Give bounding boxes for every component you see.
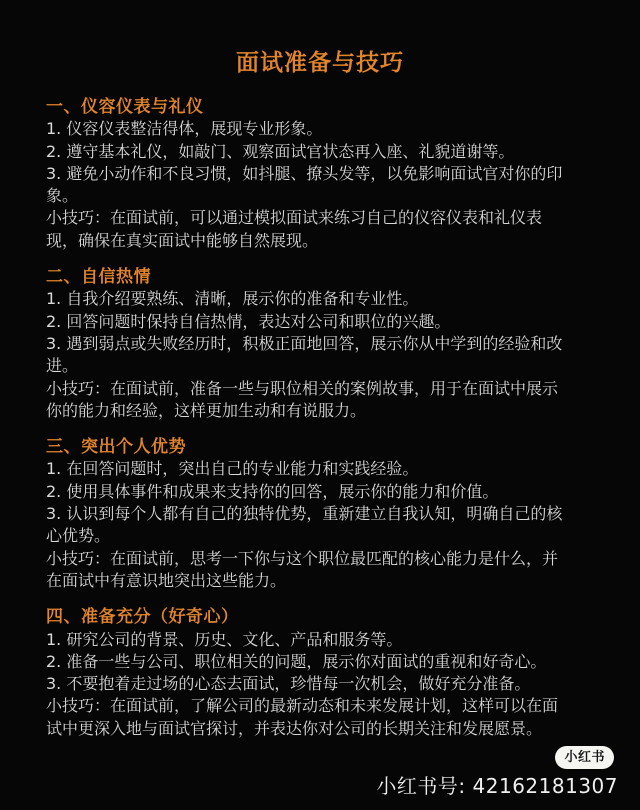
- section-tip: 小技巧：在面试前，思考一下你与这个职位最匹配的核心能力是什么，并在面试中有意识地…: [46, 548, 568, 593]
- section-item: 1. 研究公司的背景、历史、文化、产品和服务等。: [46, 629, 568, 651]
- xiaohongshu-logo-badge: 小红书: [555, 746, 614, 769]
- section-item: 2. 准备一些与公司、职位相关的问题，展示你对面试的重视和好奇心。: [46, 651, 568, 673]
- section-item: 3. 认识到每个人都有自己的独特优势，重新建立自我认知，明确自己的核心优势。: [46, 503, 568, 548]
- section-item: 1. 仪容仪表整洁得体，展现专业形象。: [46, 118, 568, 140]
- section-item: 2. 使用具体事件和成果来支持你的回答，展示你的能力和价值。: [46, 481, 568, 503]
- section-tip: 小技巧：在面试前，可以通过模拟面试来练习自己的仪容仪表和礼仪表现，确保在真实面试…: [46, 207, 568, 252]
- section-heading: 四、准备充分（好奇心）: [46, 606, 568, 628]
- section-item: 2. 回答问题时保持自信热情，表达对公司和职位的兴趣。: [46, 311, 568, 333]
- section-item: 1. 在回答问题时，突出自己的专业能力和实践经验。: [46, 458, 568, 480]
- page-title: 面试准备与技巧: [0, 44, 640, 77]
- section-item: 3. 避免小动作和不良习惯，如抖腿、撩头发等，以免影响面试官对你的印象。: [46, 163, 568, 208]
- xiaohongshu-account-id: 小红书号: 42162181307: [376, 770, 618, 799]
- section-confidence-enthusiasm: 二、自信热情 1. 自我介绍要熟练、清晰，展示你的准备和专业性。 2. 回答问题…: [46, 266, 568, 422]
- section-tip: 小技巧：在面试前，了解公司的最新动态和未来发展计划，这样可以在面试中更深入地与面…: [46, 695, 568, 740]
- section-heading: 二、自信热情: [46, 266, 568, 288]
- section-full-preparation: 四、准备充分（好奇心） 1. 研究公司的背景、历史、文化、产品和服务等。 2. …: [46, 606, 568, 740]
- section-grooming-etiquette: 一、仪容仪表与礼仪 1. 仪容仪表整洁得体，展现专业形象。 2. 遵守基本礼仪，…: [46, 96, 568, 252]
- section-heading: 一、仪容仪表与礼仪: [46, 96, 568, 118]
- section-heading: 三、突出个人优势: [46, 436, 568, 458]
- section-tip: 小技巧：在面试前，准备一些与职位相关的案例故事，用于在面试中展示你的能力和经验，…: [46, 378, 568, 423]
- section-item: 1. 自我介绍要熟练、清晰，展示你的准备和专业性。: [46, 288, 568, 310]
- section-item: 3. 遇到弱点或失败经历时，积极正面地回答，展示你从中学到的经验和改进。: [46, 333, 568, 378]
- section-personal-strengths: 三、突出个人优势 1. 在回答问题时，突出自己的专业能力和实践经验。 2. 使用…: [46, 436, 568, 592]
- section-item: 2. 遵守基本礼仪，如敲门、观察面试官状态再入座、礼貌道谢等。: [46, 141, 568, 163]
- content-column: 一、仪容仪表与礼仪 1. 仪容仪表整洁得体，展现专业形象。 2. 遵守基本礼仪，…: [0, 77, 568, 740]
- section-item: 3. 不要抱着走过场的心态去面试，珍惜每一次机会，做好充分准备。: [46, 673, 568, 695]
